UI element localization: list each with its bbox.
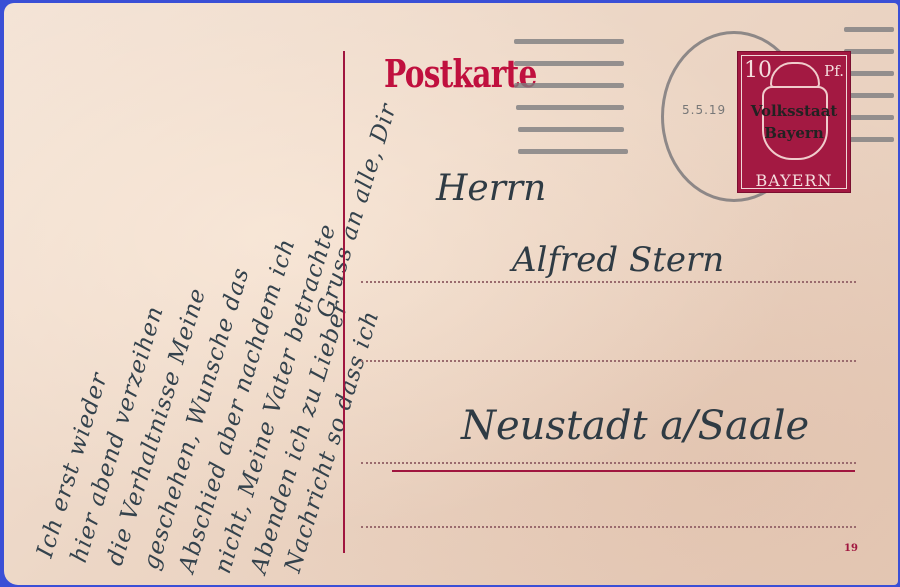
address-line: [361, 281, 856, 283]
handwritten-message: Ich erst wieder hier abend verzeihen die…: [14, 13, 334, 573]
postcard: Ich erst wieder hier abend verzeihen die…: [4, 3, 898, 585]
crown-icon: [770, 62, 820, 88]
stamp-country: BAYERN: [738, 171, 850, 190]
address-city: Neustadt a/Saale: [461, 403, 809, 449]
coat-of-arms-icon: [762, 86, 828, 160]
postmark-date: 5.5.19: [682, 103, 726, 117]
postage-stamp: 10 Pf. Volksstaat Bayern BAYERN: [737, 51, 851, 193]
print-number: 19: [844, 543, 858, 554]
stamp-unit: Pf.: [824, 62, 844, 80]
address-line: [361, 462, 856, 464]
stamp-overprint-line1: Volksstaat: [742, 102, 846, 120]
message-line: Gruss an alle, Dir: [312, 100, 402, 320]
stamp-overprint-line2: Bayern: [742, 124, 846, 142]
address-line: [361, 360, 856, 362]
stamp-value: 10: [744, 58, 772, 83]
address-name: Alfred Stern: [512, 240, 724, 280]
vertical-divider-line: [343, 51, 345, 553]
address-salutation: Herrn: [436, 168, 546, 209]
city-underline: [392, 470, 855, 472]
address-line: [361, 526, 856, 528]
